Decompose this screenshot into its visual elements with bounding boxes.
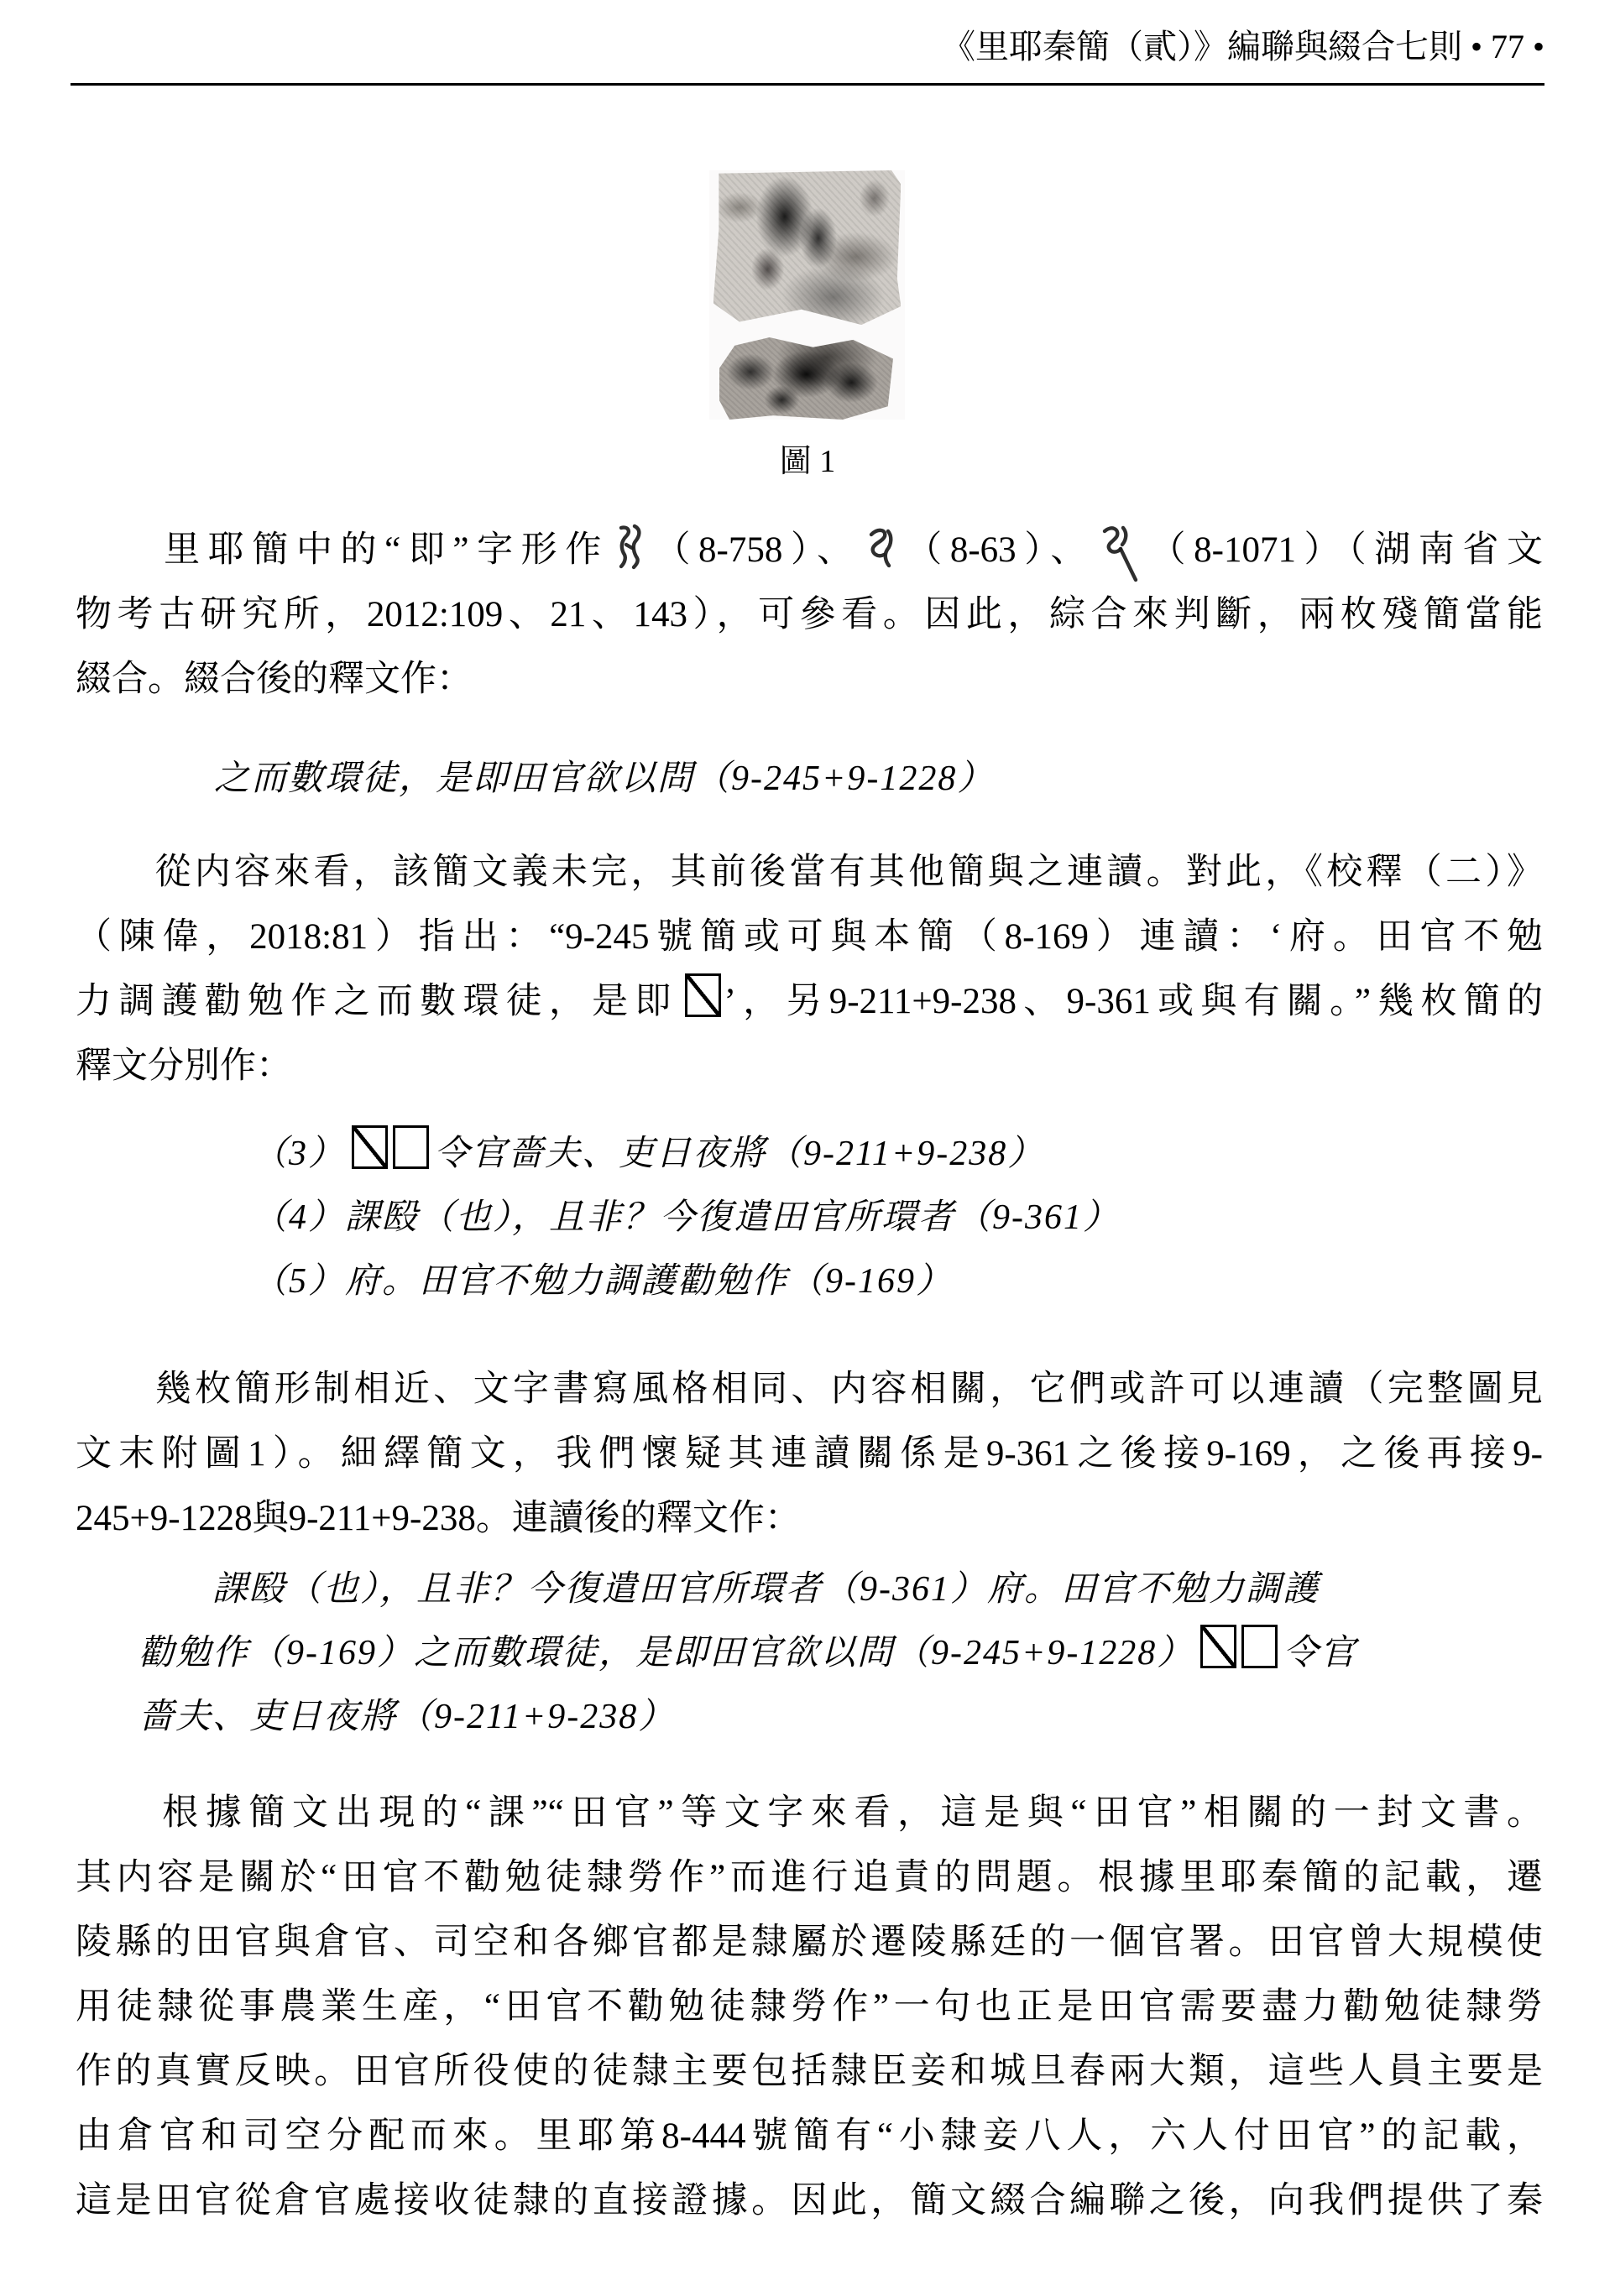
body-line: 文末附圖1）。細繹簡文，我們懷疑其連讀關係是9-361之後接9-169，之後再接… — [76, 1422, 1543, 1486]
header-rule — [71, 83, 1544, 86]
body-text: （8-1071）（湖南省文 — [1142, 530, 1543, 570]
quote-line: 課殹（也），且非？今復遣田官所環者（9-361）府。田官不勉力調護 — [139, 1558, 1356, 1621]
body-line: 里耶簡中的“即”字形作（8-758）、（8-63）、（8-1071）（湖南省文 — [76, 518, 1543, 582]
list-item-text: 令官嗇夫、吏日夜將（9-211+9-238） — [434, 1135, 1044, 1173]
broken-slip-symbol — [352, 1125, 388, 1169]
paragraph-3: 幾枚簡形制相近、文字書寫風格相同、内容相關，它們或許可以連讀（完整圖見 文末附圖… — [76, 1357, 1543, 1551]
body-line: 釋文分別作： — [76, 1034, 1543, 1098]
body-line: 由倉官和司空分配而來。里耶第8-444號簡有“小隸妾八人，六人付田官”的記載， — [76, 2104, 1543, 2168]
glyph-image-8-1071 — [1096, 523, 1140, 583]
body-line: 245+9-1228與9-211+9-238。連讀後的釋文作： — [76, 1486, 1543, 1551]
quote-text: 令官 — [1283, 1634, 1356, 1672]
body-line: 從内容來看，該簡文義未完，其前後當有其他簡與之連讀。對此，《校釋（二）》 — [76, 840, 1543, 905]
list-item: （4）課殹（也），且非？今復遣田官所環者（9-361） — [252, 1186, 1120, 1250]
list-item-number: （3） — [252, 1135, 345, 1173]
body-line: 物考古研究所，2012:109、21、143），可參看。因此，綜合來判斷，兩枚殘… — [76, 582, 1543, 647]
paper-page: 《里耶秦簡（貳）》編聯與綴合七則 • 77 • 圖 1 里耶簡中的“即”字形作（… — [0, 0, 1615, 2296]
figure-image — [709, 170, 905, 420]
body-line: 用徒隸從事農業生産，“田官不勸勉徒隸勞作”一句也正是田官需要盡力勸勉徒隸勞 — [76, 1975, 1543, 2039]
body-text: 力調護勸勉作之而數環徒，是即 — [76, 982, 678, 1021]
broken-slip-symbol — [685, 973, 721, 1017]
transcription-quote-1: 之而數環徒，是即田官欲以問（9-245+9-1228） — [214, 747, 994, 811]
quote-line: 嗇夫、吏日夜將（9-211+9-238） — [139, 1685, 1356, 1749]
broken-slip-symbol — [1200, 1625, 1236, 1668]
body-text: 里耶簡中的“即”字形作 — [76, 530, 609, 570]
page-header: 《里耶秦簡（貳）》編聯與綴合七則 • 77 • — [942, 25, 1544, 69]
missing-character-box — [1241, 1625, 1278, 1668]
body-line: 作的真實反映。田官所役使的徒隸主要包括隸臣妾和城旦舂兩大類，這些人員主要是 — [76, 2039, 1543, 2104]
paragraph-2: 從内容來看，該簡文義未完，其前後當有其他簡與之連讀。對此，《校釋（二）》 （陳偉… — [76, 840, 1543, 1098]
figure-caption: 圖 1 — [0, 436, 1615, 487]
slip-fragment-top — [713, 170, 902, 325]
body-text: ’，另9-211+9-238、9-361或與有關。”幾枚簡的 — [724, 982, 1543, 1021]
paragraph-4: 根據簡文出現的“課”“田官”等文字來看，這是與“田官”相關的一封文書。 其内容是… — [76, 1781, 1543, 2233]
body-line: 力調護勸勉作之而數環徒，是即’，另9-211+9-238、9-361或與有關。”… — [76, 969, 1543, 1034]
body-text: （8-63）、 — [898, 530, 1095, 570]
body-line: 根據簡文出現的“課”“田官”等文字來看，這是與“田官”相關的一封文書。 — [76, 1781, 1543, 1845]
transcription-quote-2: 課殹（也），且非？今復遣田官所環者（9-361）府。田官不勉力調護 勸勉作（9-… — [139, 1558, 1356, 1749]
transcription-list: （3）令官嗇夫、吏日夜將（9-211+9-238） （4）課殹（也），且非？今復… — [252, 1122, 1120, 1313]
body-line: （陳偉，2018:81）指出：“9-245號簡或可與本簡（8-169）連讀：‘府… — [76, 905, 1543, 969]
body-line: 這是田官從倉官處接收徒隸的直接證據。因此，簡文綴合編聯之後，向我們提供了秦 — [76, 2168, 1543, 2233]
body-line: 幾枚簡形制相近、文字書寫風格相同、内容相關，它們或許可以連讀（完整圖見 — [76, 1357, 1543, 1422]
list-item: （3）令官嗇夫、吏日夜將（9-211+9-238） — [252, 1122, 1120, 1186]
quote-line: 之而數環徒，是即田官欲以問（9-245+9-1228） — [214, 747, 994, 811]
body-line: 陵縣的田官與倉官、司空和各鄉官都是隸屬於遷陵縣廷的一個官署。田官曾大規模使 — [76, 1910, 1543, 1975]
glyph-image-8-758 — [611, 523, 645, 570]
slip-fragment-bottom — [719, 337, 893, 420]
paragraph-1: 里耶簡中的“即”字形作（8-758）、（8-63）、（8-1071）（湖南省文 … — [76, 518, 1543, 712]
glyph-image-8-63 — [863, 524, 896, 570]
body-text: （8-758）、 — [646, 530, 861, 570]
list-item: （5）府。田官不勉力調護勸勉作（9-169） — [252, 1250, 1120, 1313]
body-line: 其内容是關於“田官不勸勉徒隸勞作”而進行追責的問題。根據里耶秦簡的記載，遷 — [76, 1845, 1543, 1910]
quote-line: 勸勉作（9-169）之而數環徒，是即田官欲以問（9-245+9-1228）令官 — [139, 1621, 1356, 1685]
missing-character-box — [393, 1125, 429, 1169]
body-line: 綴合。綴合後的釋文作： — [76, 647, 1543, 712]
quote-text: 勸勉作（9-169）之而數環徒，是即田官欲以問（9-245+9-1228） — [139, 1634, 1194, 1672]
